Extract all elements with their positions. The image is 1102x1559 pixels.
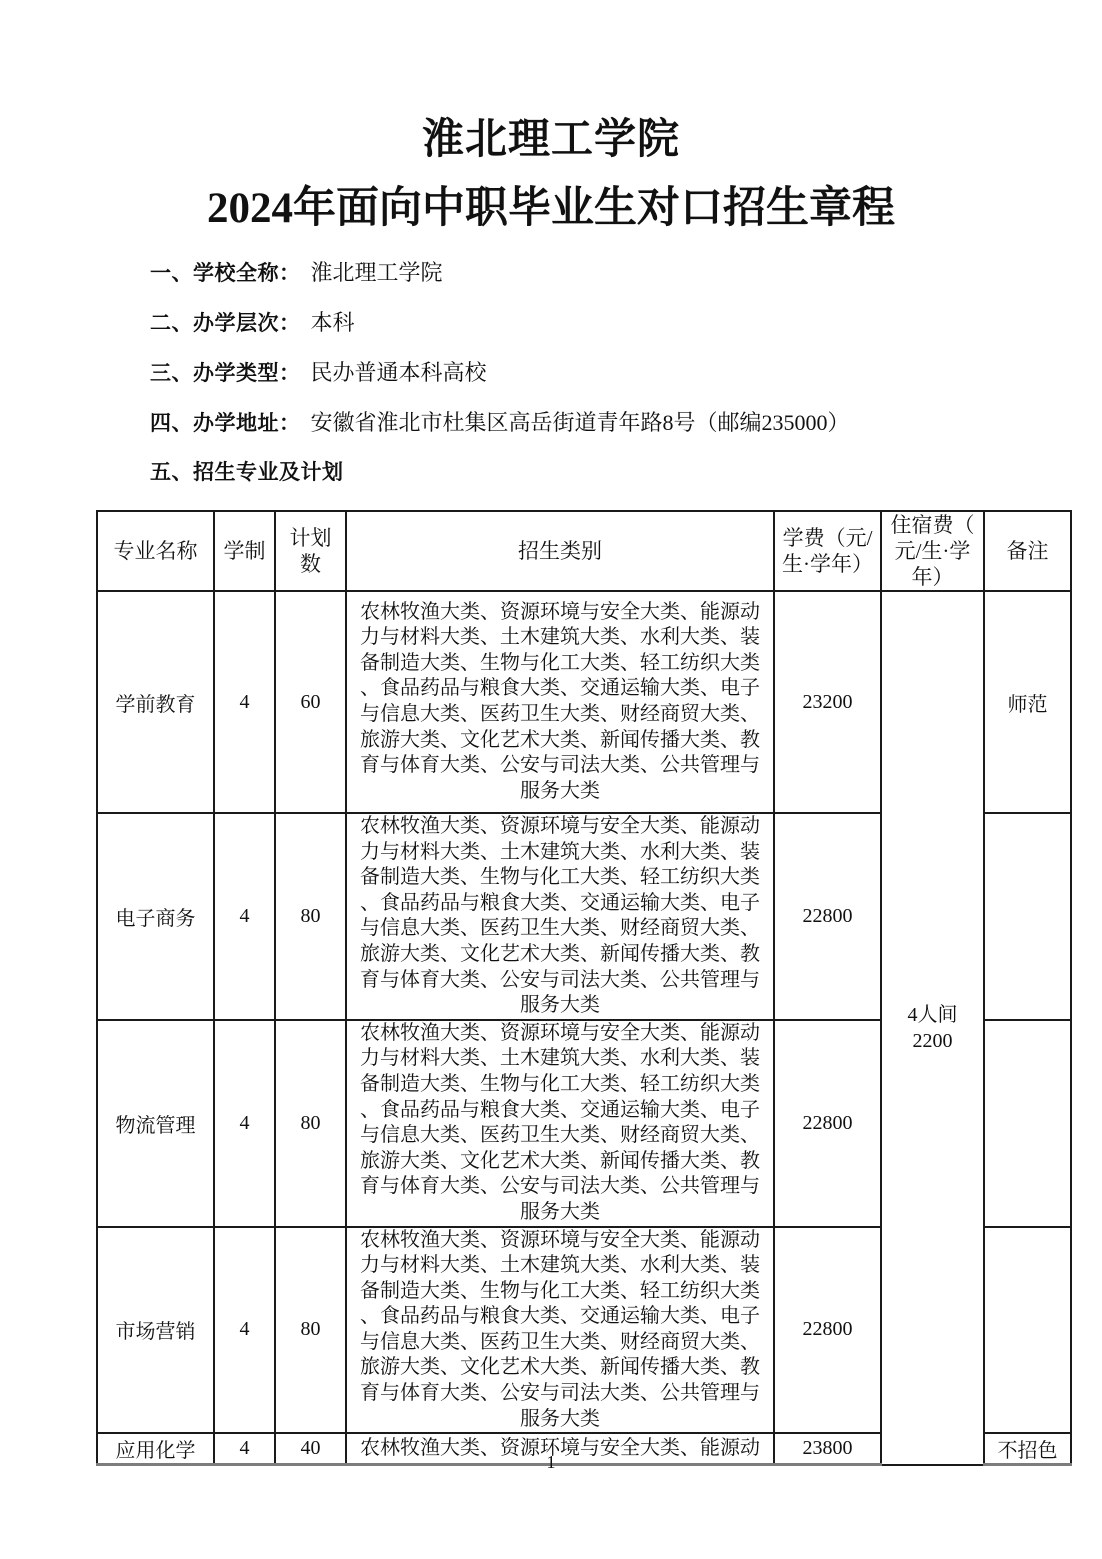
- header-plan: 计划数: [275, 511, 346, 591]
- cell-tuition: 22800: [774, 1227, 881, 1434]
- accommodation-room-type: 4人间: [887, 1002, 978, 1028]
- info-item-address: 四、办学地址：安徽省淮北市杜集区高岳街道青年路8号（邮编235000）: [150, 406, 1102, 430]
- header-years: 学制: [214, 511, 275, 591]
- cell-categories: 农林牧渔大类、资源环境与安全大类、能源动力与材料大类、土木建筑大类、水利大类、装…: [346, 1020, 774, 1227]
- cell-years: 4: [214, 1227, 275, 1434]
- cell-categories: 农林牧渔大类、资源环境与安全大类、能源动力与材料大类、土木建筑大类、水利大类、装…: [346, 813, 774, 1020]
- accommodation-fee: 2200: [887, 1028, 978, 1054]
- admissions-plan-table: 专业名称 学制 计划数 招生类别 学费（元/生·学年） 住宿费（元/生·学年） …: [96, 510, 1072, 1466]
- cell-remark: [984, 1020, 1071, 1227]
- cell-major: 物流管理: [97, 1020, 214, 1227]
- info-value: 本科: [311, 310, 355, 335]
- header-remark: 备注: [984, 511, 1071, 591]
- page-number: 1: [0, 1452, 1102, 1473]
- cell-categories: 农林牧渔大类、资源环境与安全大类、能源动力与材料大类、土木建筑大类、水利大类、装…: [346, 1227, 774, 1434]
- cell-major: 学前教育: [97, 591, 214, 813]
- cell-plan: 80: [275, 1227, 346, 1434]
- cell-remark: 师范: [984, 591, 1071, 813]
- cell-years: 4: [214, 813, 275, 1020]
- cell-years: 4: [214, 591, 275, 813]
- cell-plan: 60: [275, 591, 346, 813]
- info-item-school-type: 三、办学类型：民办普通本科高校: [150, 356, 1102, 380]
- cell-accommodation-merged: 4人间 2200: [881, 591, 984, 1465]
- info-label: 三、办学类型：: [150, 362, 301, 385]
- info-label: 一、学校全称：: [150, 262, 301, 285]
- cell-plan: 80: [275, 813, 346, 1020]
- info-item-education-level: 二、办学层次：本科: [150, 306, 1102, 330]
- header-categories: 招生类别: [346, 511, 774, 591]
- cell-tuition: 22800: [774, 1020, 881, 1227]
- header-tuition: 学费（元/生·学年）: [774, 511, 881, 591]
- table-row-preschool-education: 学前教育 4 60 农林牧渔大类、资源环境与安全大类、能源动力与材料大类、土木建…: [97, 591, 1071, 813]
- info-label: 五、招生专业及计划: [150, 461, 344, 484]
- doc-title-line1: 淮北理工学院: [0, 0, 1102, 168]
- cell-tuition: 23200: [774, 591, 881, 813]
- doc-title-line2: 2024年面向中职毕业生对口招生章程: [0, 181, 1102, 237]
- cell-major: 市场营销: [97, 1227, 214, 1434]
- cell-remark: [984, 1227, 1071, 1434]
- cell-tuition: 22800: [774, 813, 881, 1020]
- table-header-row: 专业名称 学制 计划数 招生类别 学费（元/生·学年） 住宿费（元/生·学年） …: [97, 511, 1071, 591]
- info-value: 民办普通本科高校: [311, 360, 487, 385]
- info-value: 淮北理工学院: [311, 260, 443, 285]
- header-major: 专业名称: [97, 511, 214, 591]
- info-value: 安徽省淮北市杜集区高岳街道青年路8号（邮编235000）: [311, 410, 850, 435]
- info-label: 二、办学层次：: [150, 312, 301, 335]
- document-page: 淮北理工学院 2024年面向中职毕业生对口招生章程 一、学校全称：淮北理工学院 …: [0, 0, 1102, 1559]
- cell-years: 4: [214, 1020, 275, 1227]
- header-accommodation: 住宿费（元/生·学年）: [881, 511, 984, 591]
- cell-plan: 80: [275, 1020, 346, 1227]
- cell-major: 电子商务: [97, 813, 214, 1020]
- cell-remark: [984, 813, 1071, 1020]
- info-item-enrollment-plan-heading: 五、招生专业及计划: [150, 456, 1102, 480]
- info-label: 四、办学地址：: [150, 412, 301, 435]
- info-item-school-name: 一、学校全称：淮北理工学院: [150, 256, 1102, 280]
- cell-categories: 农林牧渔大类、资源环境与安全大类、能源动力与材料大类、土木建筑大类、水利大类、装…: [346, 591, 774, 813]
- info-list: 一、学校全称：淮北理工学院 二、办学层次：本科 三、办学类型：民办普通本科高校 …: [150, 256, 1102, 480]
